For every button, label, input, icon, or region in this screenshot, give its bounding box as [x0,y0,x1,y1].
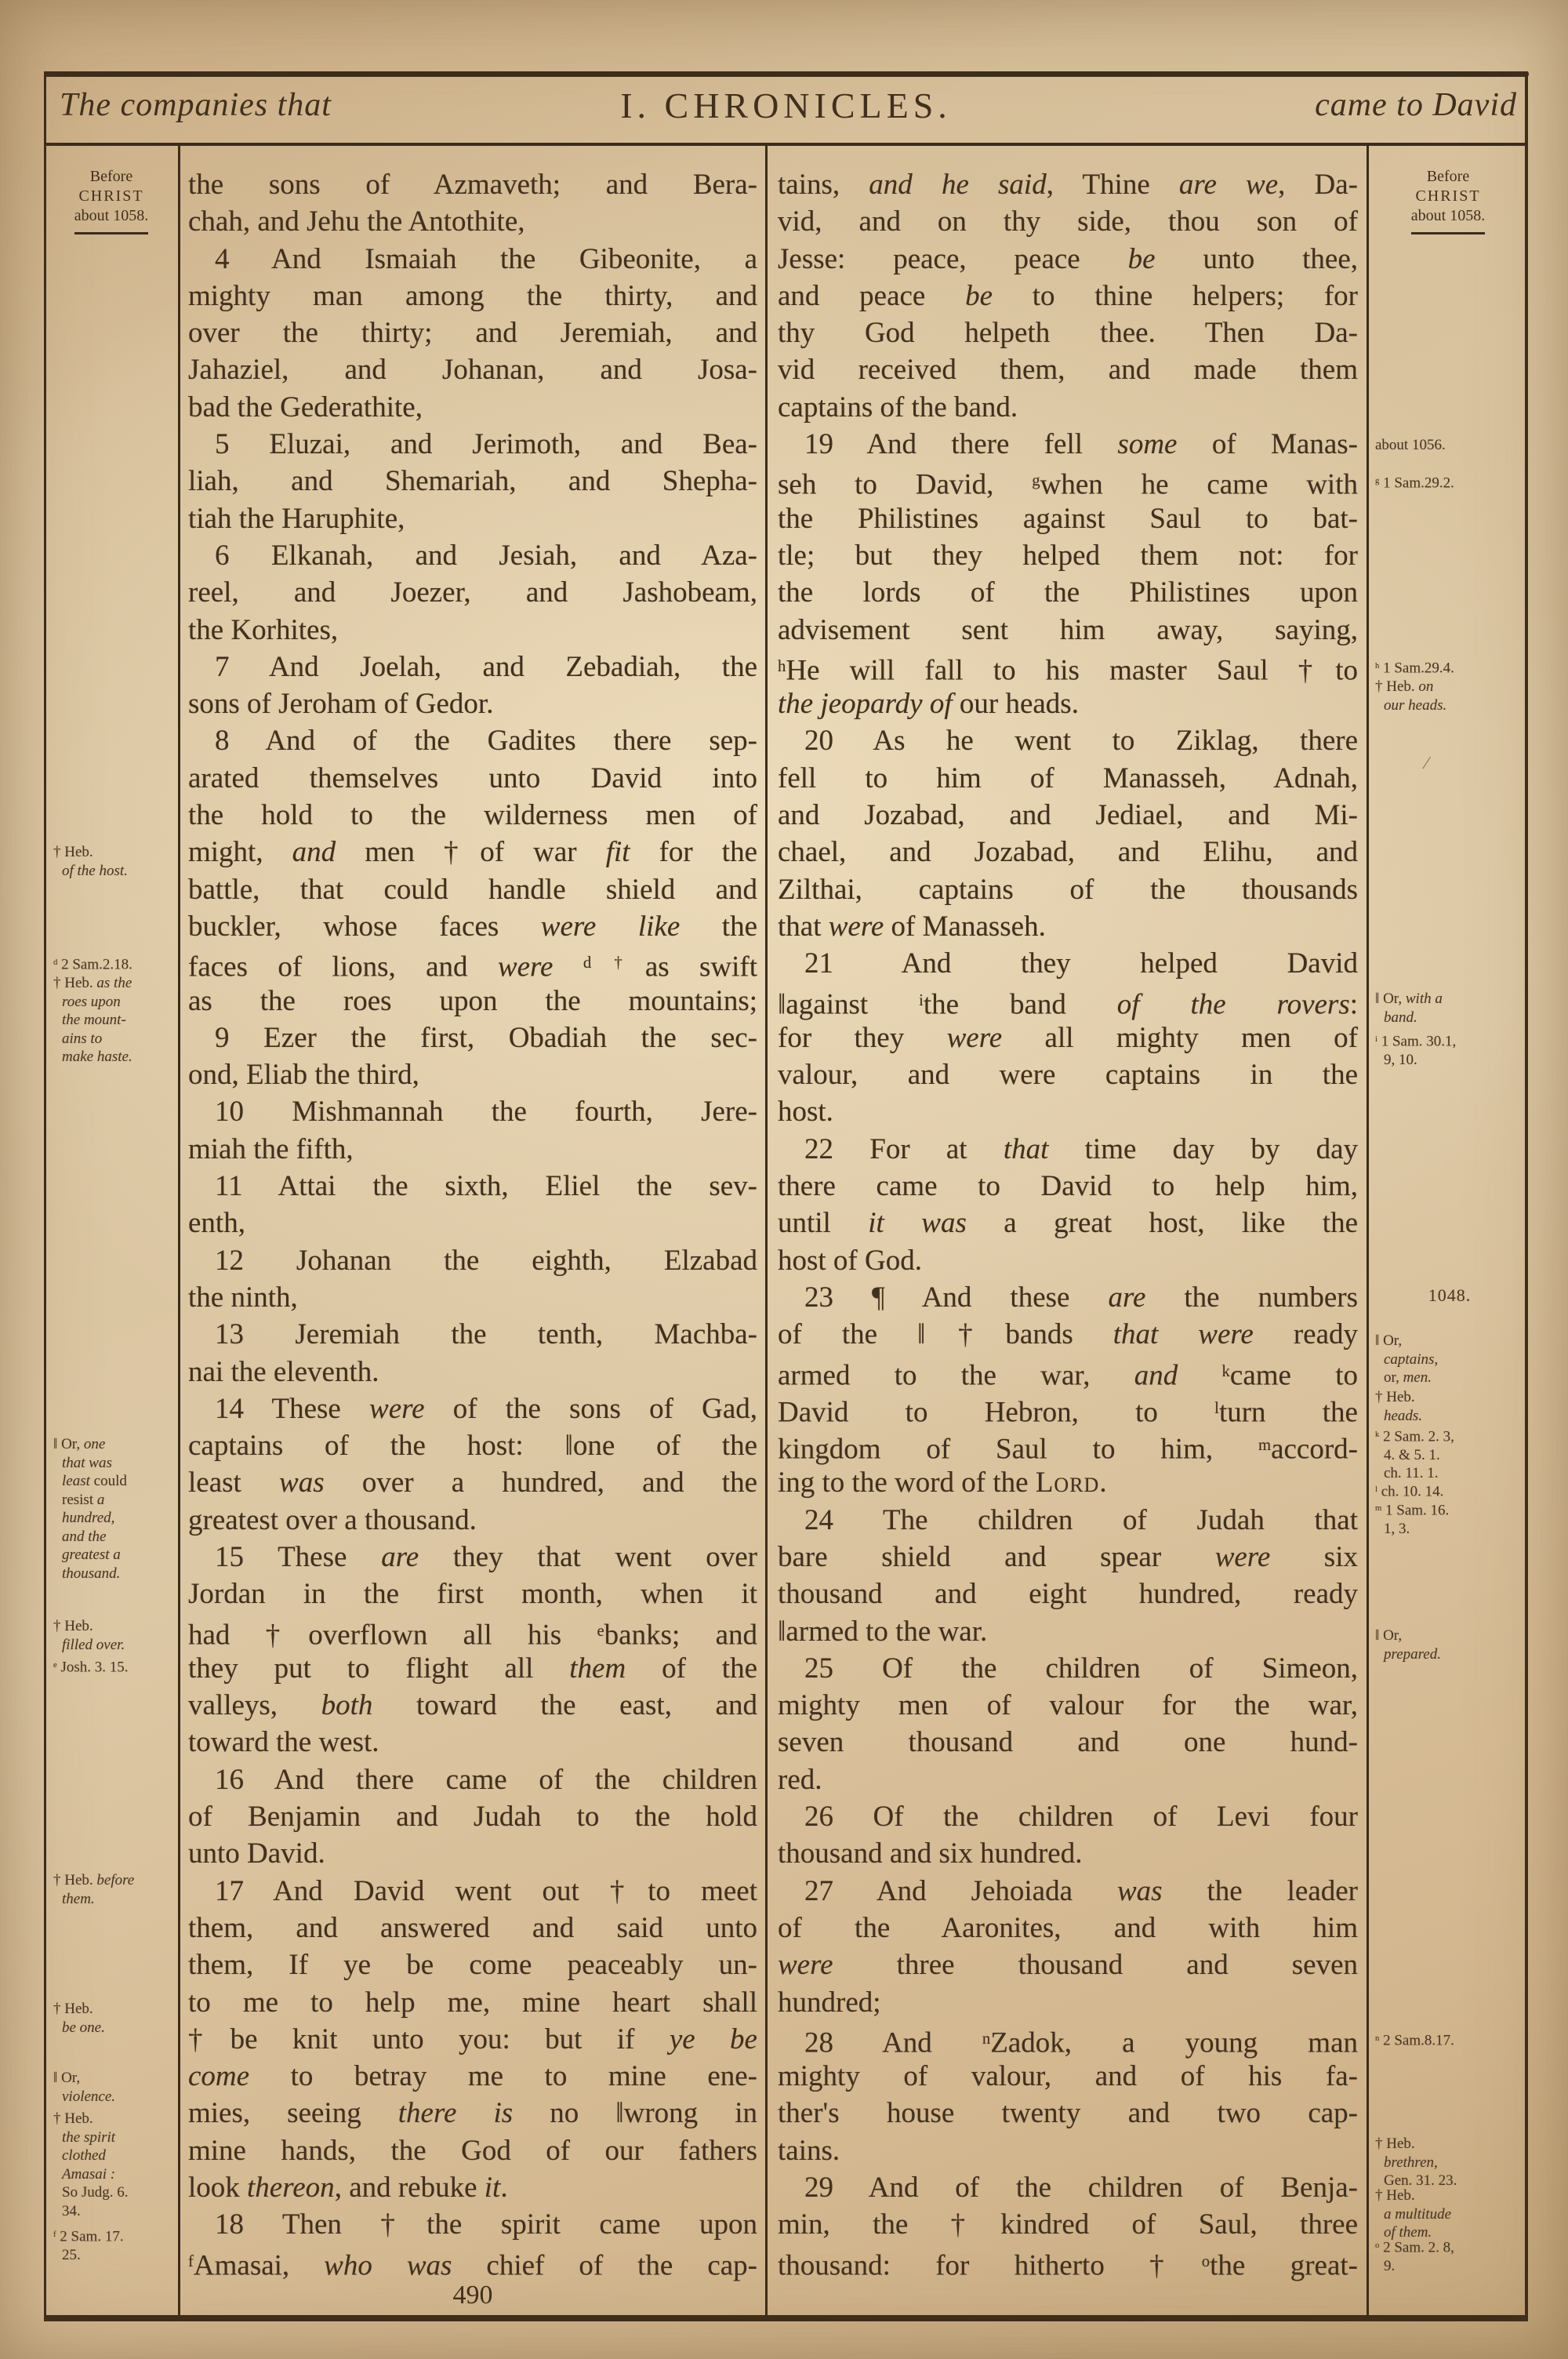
margin-note-line: † Heb. on [1375,678,1524,696]
text-line: 9 Ezer the first, Obadiah the sec- [188,1020,757,1056]
margin-note: d 2 Sam.2.18. [53,954,176,974]
text-line: 20 As he went to Ziklag, there [778,722,1358,759]
margin-note-line: † Heb. [53,2000,176,2019]
text-line: ond, Eliab the third, [188,1056,757,1093]
column-rule-center [765,143,768,2318]
text-line: they put to flight all them of the [188,1650,757,1687]
text-line: ther's house twenty and two cap- [778,2095,1358,2132]
margin-note-line: i 1 Sam. 30.1, [1375,1030,1524,1051]
margin-note: k 2 Sam. 2. 3,4. & 5. 1.ch. 11. 1. [1375,1426,1524,1483]
margin-note: g 1 Sam.29.2. [1375,472,1524,493]
margin-note-line: o 2 Sam. 2. 8, [1375,2237,1524,2257]
margin-note-line: roes upon [62,993,176,1012]
text-line: greatest over a thousand. [188,1502,757,1539]
margin-note-line: ‖ Or, one [53,1435,176,1454]
text-line: 18 Then †the spirit came upon [188,2206,757,2243]
margin-note-line: ‖ Or, [53,2069,176,2088]
text-line: chah, and Jehu the Antothite, [188,203,757,240]
margin-note-line: filled over. [62,1636,176,1655]
margin-note: o 2 Sam. 2. 8,9. [1375,2237,1524,2275]
margin-note-line: prepared. [1384,1645,1524,1664]
text-line: 26 Of the children of Levi four [778,1798,1358,1835]
text-line: 13 Jeremiah the tenth, Machba- [188,1316,757,1353]
text-line: 23 ¶ And these are the numbers [778,1279,1358,1316]
text-line: tains. [778,2132,1358,2169]
margin-note: † Heb. beforethem. [53,1871,176,1908]
text-line: 8 And of the Gadites there sep- [188,722,757,759]
text-line: Jesse: peace, peace be unto thee, [778,241,1358,278]
text-line: for they were all mighty men of [778,1020,1358,1056]
text-line: captains of the host: ‖one of the [188,1427,757,1464]
text-line: 6 Elkanah, and Jesiah, and Aza- [188,537,757,574]
margin-note: † Heb.filled over. [53,1617,176,1654]
margin-note: ‖ Or,captains,or, men. [1375,1332,1524,1387]
text-line: thousand: for hitherto †othe great- [778,2244,1358,2281]
text-line: captains of the band. [778,389,1358,426]
text-line: sons of Jeroham of Gedor. [188,685,757,722]
text-line: 12 Johanan the eighth, Elzabad [188,1242,757,1279]
margin-note: f 2 Sam. 17.25. [53,2226,176,2264]
margin-note-line: that was [62,1454,176,1473]
text-line: 24 The children of Judah that [778,1502,1358,1539]
text-line: 19 And there fell some of Manas- [778,426,1358,463]
frame-right-rule [1525,71,1528,2321]
bottom-rule [44,2315,1528,2321]
margin-note-line: our heads. [1384,696,1524,715]
margin-note-line: captains, [1384,1350,1524,1369]
text-line: ing to the word of the Lord. [778,1464,1358,1501]
text-line: Jahaziel, and Johanan, and Josa- [188,351,757,388]
running-head-title: I. CHRONICLES. [44,85,1528,126]
text-line: seh to David, gwhen he came with [778,463,1358,500]
margin-note-line: † Heb. before [53,1871,176,1890]
text-line: 29 And of the children of Benja- [778,2169,1358,2206]
text-line: 21 And they helped David [778,945,1358,982]
text-line: min, the †kindred of Saul, three [778,2206,1358,2243]
margin-note-line: and the [62,1528,176,1547]
text-line: vid received them, and made them [778,351,1358,388]
margin-note: ‖ Or,violence. [53,2069,176,2106]
text-line: 10 Mishmannah the fourth, Jere- [188,1093,757,1130]
text-line: to me to help me, mine heart shall [188,1984,757,2021]
margin-note-line: greatest a [62,1546,176,1565]
margin-note: † Heb.a multitudeof them. [1375,2186,1524,2242]
text-line: armed to the war, and kcame to [778,1354,1358,1390]
margin-note-line: be one. [62,2019,176,2037]
text-line: 7 And Joelah, and Zebadiah, the [188,649,757,685]
text-line: host. [778,1093,1358,1130]
running-head: The companies that I. CHRONICLES. came t… [44,80,1528,136]
margin-note-line: the spirit [62,2128,176,2147]
text-line: 25 Of the children of Simeon, [778,1650,1358,1687]
margin-note-line: g 1 Sam.29.2. [1375,472,1524,493]
text-line: 4 And Ismaiah the Gibeonite, a [188,241,757,278]
margin-note-line: 9, 10. [1384,1051,1524,1070]
text-line: the lords of the Philistines upon [778,574,1358,611]
text-line: vid, and on thy side, thou son of [778,203,1358,240]
text-line: were three thousand and seven [778,1946,1358,1983]
margin-note-line: ‖ Or, with a [1375,990,1524,1009]
text-line: the sons of Azmaveth; and Bera- [188,166,757,203]
text-line: seven thousand and one hund- [778,1724,1358,1761]
margin-note-line: ‖ Or, [1375,1332,1524,1350]
text-line: fAmasai, who was chief of the cap- [188,2244,757,2281]
text-line: there came to David to help him, [778,1168,1358,1205]
margin-note-line: about 1056. [1375,436,1524,455]
text-line: tle; but they helped them not: for [778,537,1358,574]
margin-note-line: ‖ Or, [1375,1627,1524,1645]
text-line: 15 These are they that went over [188,1539,757,1576]
text-line: of the ‖†bands that were ready [778,1316,1358,1353]
text-line: and peace be to thine helpers; for [778,278,1358,314]
margin-note-line: † Heb. as the [53,974,176,993]
margin-note-line: † Heb. [1375,1388,1524,1407]
margin-note-line: violence. [62,2088,176,2106]
margin-note: † Heb. onour heads. [1375,678,1524,714]
right-text-column: tains, and he said, Thine are we, Da-vid… [778,166,1358,2281]
margin-note-line: 4. & 5. 1. [1384,1446,1524,1465]
text-line: 14 These were of the sons of Gad, [188,1390,757,1427]
text-line: reel, and Joezer, and Jashobeam, [188,574,757,611]
text-line: thousand and eight hundred, ready [778,1576,1358,1612]
text-line: Jordan in the first month, when it [188,1576,757,1612]
text-line: as the roes upon the mountains; [188,983,757,1020]
margin-note: ‖ Or, onethat wasleast couldresist ahund… [53,1435,176,1583]
margin-note-line: 25. [62,2246,176,2265]
text-line: unto David. [188,1835,757,1872]
frame-top-rule [44,71,1529,77]
text-line: fell to him of Manasseh, Adnah, [778,760,1358,797]
text-line: valleys, both toward the east, and [188,1687,757,1724]
text-line: miah the fifth, [188,1131,757,1168]
text-line: the Korhites, [188,612,757,649]
column-rule-left-margin [178,143,180,2318]
margin-note: ‖ Or, with aband. [1375,990,1524,1027]
margin-note: i 1 Sam. 30.1,9, 10. [1375,1030,1524,1069]
text-line: nai the eleventh. [188,1354,757,1390]
margin-note-line: † Heb. [1375,2186,1524,2205]
text-line: 22 For at that time day by day [778,1131,1358,1168]
margin-note: † Heb.heads. [1375,1388,1524,1425]
margin-note-line: † Heb. [53,2110,176,2128]
margin-note-line: band. [1384,1009,1524,1027]
margin-note-line: † Heb. [1375,2135,1524,2154]
column-rule-right-margin [1367,143,1369,2318]
margin-note-line: k 2 Sam. 2. 3, [1375,1426,1524,1446]
text-line: over the thirty; and Jeremiah, and [188,314,757,351]
margin-note-line: 9. [1384,2257,1524,2276]
margin-note-line: ains to [62,1030,176,1049]
margin-note-line: h 1 Sam.29.4. [1375,657,1524,678]
margin-note-line: l ch. 10. 14. [1375,1481,1524,1501]
left-text-column: the sons of Azmaveth; and Bera-chah, and… [188,166,757,2281]
text-line: and Jozabad, and Jediael, and Mi- [778,797,1358,834]
margin-note-line: of the host. [62,862,176,881]
text-line: 16 And there came of the children [188,1761,757,1798]
margin-note-line: thousand. [62,1565,176,1583]
margin-note-line: † Heb. [53,1617,176,1636]
margin-note-line: e Josh. 3. 15. [53,1656,176,1677]
text-line: until it was a great host, like the [778,1205,1358,1241]
text-line: 28 And nZadok, a young man [778,2021,1358,2058]
margin-note-line: † Heb. [53,843,176,862]
margin-note-line: hundred, [62,1509,176,1528]
margin-note-line: the mount- [62,1011,176,1030]
text-line: chael, and Jozabad, and Elihu, and [778,834,1358,871]
margin-note-line: 34. [62,2202,176,2221]
text-line: valour, and were captains in the [778,1056,1358,1093]
scanned-bible-page: The companies that I. CHRONICLES. came t… [0,0,1568,2359]
margin-note-line: resist a [62,1491,176,1510]
margin-note-line: 1, 3. [1384,1520,1524,1539]
text-line: thousand and six hundred. [778,1835,1358,1872]
text-line: liah, and Shemariah, and Shepha- [188,463,757,500]
text-line: buckler, whose faces were like the [188,908,757,945]
margin-note-line: least could [62,1472,176,1491]
margin-note: n 2 Sam.8.17. [1375,2030,1524,2050]
margin-note-line: n 2 Sam.8.17. [1375,2030,1524,2050]
text-line: hHe will fall to his master Saul †to [778,649,1358,685]
text-line: 5 Eluzai, and Jerimoth, and Bea- [188,426,757,463]
text-line: ‖against ithe band of the rovers: [778,983,1358,1020]
text-line: 17 And David went out †to meet [188,1873,757,1910]
margin-note-line: So Judg. 6. [62,2183,176,2202]
margin-note: l ch. 10. 14. [1375,1481,1524,1501]
text-line: faces of lions, and were d†as swift [188,945,757,982]
header-divider-rule [44,143,1528,146]
margin-note-line: heads. [1384,1407,1524,1426]
text-line: come to betray me to mine ene- [188,2058,757,2095]
margin-note-line: or, men. [1384,1369,1524,1387]
text-line: hundred; [778,1984,1358,2021]
frame-left-rule [44,71,46,2321]
text-line: battle, that could handle shield and [188,871,757,908]
margin-note-line: brethren, [1384,2154,1524,2172]
text-line: them, and answered and said unto [188,1910,757,1946]
text-line: mighty man among the thirty, and [188,278,757,314]
margin-note: † Heb.the spiritclothedAmasai :So Judg. … [53,2110,176,2220]
margin-note-line: clothed [62,2146,176,2165]
text-line: toward the west. [188,1724,757,1761]
text-line: bad the Gederathite, [188,389,757,426]
margin-note: e Josh. 3. 15. [53,1656,176,1677]
text-line: of Benjamin and Judah to the hold [188,1798,757,1835]
text-line: look thereon, and rebuke it. [188,2169,757,2206]
margin-note-line: Amasai : [62,2165,176,2184]
margin-note: ‖ Or,prepared. [1375,1627,1524,1663]
text-line: 11 Attai the sixth, Eliel the sev- [188,1168,757,1205]
margin-note: h 1 Sam.29.4. [1375,657,1524,678]
margin-note: 1048. [1375,1286,1524,1305]
text-line: ‖armed to the war. [778,1613,1358,1650]
text-line: of the Aaronites, and with him [778,1910,1358,1946]
text-line: the jeopardy of our heads. [778,685,1358,722]
text-line: advisement sent him away, saying, [778,612,1358,649]
text-line: might, and men †of war fit for the [188,834,757,871]
margin-note-line: them. [62,1890,176,1909]
text-line: the ninth, [188,1279,757,1316]
text-line: arated themselves unto David into [188,760,757,797]
page-number: 490 [188,2281,757,2310]
text-line: enth, [188,1205,757,1241]
text-line: tiah the Haruphite, [188,500,757,537]
text-line: red. [778,1761,1358,1798]
margin-note: about 1056. [1375,436,1524,455]
margin-note-line: 1048. [1375,1286,1524,1305]
text-line: mine hands, the God of our fathers [188,2132,757,2169]
text-line: least was over a hundred, and the [188,1464,757,1501]
text-line: mies, seeing there is no ‖wrong in [188,2095,757,2132]
text-line: thy God helpeth thee. Then Da- [778,314,1358,351]
text-line: had †overflown all his ebanks; and [188,1613,757,1650]
margin-note-line: f 2 Sam. 17. [53,2226,176,2246]
text-line: that were of Manasseh. [778,908,1358,945]
text-line: host of God. [778,1242,1358,1279]
margin-note-line: d 2 Sam.2.18. [53,954,176,974]
text-line: bare shield and spear were six [778,1539,1358,1576]
text-line: tains, and he said, Thine are we, Da- [778,166,1358,203]
text-line: David to Hebron, to lturn the [778,1390,1358,1427]
margin-note-line: m 1 Sam. 16. [1375,1499,1524,1520]
text-line: Zilthai, captains of the thousands [778,871,1358,908]
margin-note: † Heb.of the host. [53,843,176,880]
text-line: mighty men of valour for the war, [778,1687,1358,1724]
text-line: 27 And Jehoiada was the leader [778,1873,1358,1910]
margin-note-line: make haste. [62,1048,176,1067]
margin-note: m 1 Sam. 16.1, 3. [1375,1499,1524,1538]
text-line: them, If ye be come peaceably un- [188,1946,757,1983]
margin-note-line: a multitude [1384,2205,1524,2224]
margin-note: † Heb. as theroes uponthe mount-ains tom… [53,974,176,1067]
margin-note: † Heb.brethren,Gen. 31. 23. [1375,2135,1524,2190]
margin-note: † Heb.be one. [53,2000,176,2037]
text-line: the hold to the wilderness men of [188,797,757,834]
text-line: †be knit unto you: but if ye be [188,2021,757,2058]
left-margin-notes: † Heb.of the host.d 2 Sam.2.18.† Heb. as… [53,0,176,2359]
text-line: mighty of valour, and of his fa- [778,2058,1358,2095]
right-margin-notes: about 1056.g 1 Sam.29.2.h 1 Sam.29.4.† H… [1375,0,1524,2359]
text-line: kingdom of Saul to him, maccord- [778,1427,1358,1464]
text-line: the Philistines against Saul to bat- [778,500,1358,537]
